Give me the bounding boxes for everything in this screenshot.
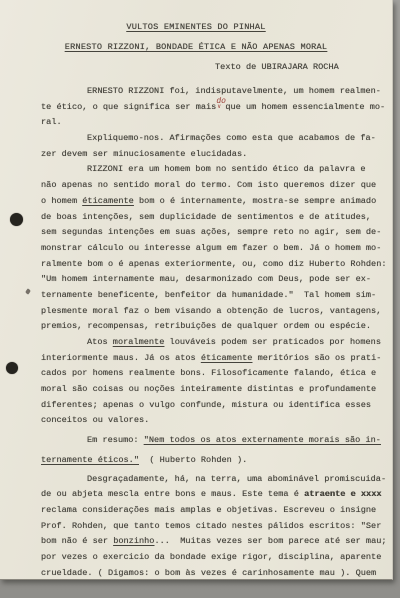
text-line: cados por homens realmente bons. Filosof…	[41, 366, 391, 382]
text-segment: conceitos ou valores.	[41, 415, 149, 425]
text-line: não apenas no sentido moral do termo. Co…	[41, 178, 391, 194]
text-segment: éticamente	[201, 353, 253, 363]
text-segment: ... Muitas vezes ser bom parece até ser …	[154, 536, 386, 546]
text-segment: louváveis podem ser praticados por homen…	[164, 337, 381, 347]
text-line: Prof. Rohden, que tanto temos citado nes…	[41, 519, 391, 535]
text-line: sem segundas intenções em suas ações, se…	[41, 225, 391, 241]
text-segment: Em resumo:	[87, 435, 144, 445]
text-line: o homem éticamente bom o é internamente,…	[41, 194, 391, 210]
text-line: ternamente éticos." ( Huberto Rohden ).	[41, 453, 391, 469]
byline: Texto de UBIRAJARA ROCHA	[41, 62, 391, 78]
handwritten-insertion: do	[216, 94, 225, 110]
document-body: Texto de UBIRAJARA ROCHA ERNESTO RIZZONI…	[41, 62, 391, 581]
text-segment: ERNESTO RIZZONI foi, indisputavelmente, …	[87, 86, 381, 96]
text-line: Expliquemo-nos. Afirmações como esta que…	[41, 131, 391, 147]
text-line: RIZZONI era um homem bom no sentido étic…	[41, 162, 391, 178]
text-line: Atos moralmente louváveis podem ser prat…	[41, 335, 391, 351]
text-line: Desgraçadamente, há, na terra, uma abomi…	[41, 472, 391, 488]
text-segment: xxxx	[361, 489, 382, 499]
text-line: "Um homem internamente mau, desarmonizad…	[41, 272, 391, 288]
text-segment: ternamente éticos."	[41, 455, 139, 465]
ink-speck	[25, 288, 31, 294]
text-line: conceitos ou valores.	[41, 413, 391, 429]
text-segment: premios, recompensas, retribuições de qu…	[41, 321, 371, 331]
text-line: Em resumo: "Nem todos os atos externamen…	[41, 433, 391, 449]
text-segment: te ético, o que significa ser mais	[41, 102, 216, 112]
text-line: ralmente bom o é apenas exteriormente, o…	[41, 257, 391, 273]
text-segment: plesmente moral faz o bem visando a obte…	[41, 306, 381, 316]
text-segment: ternamente beneficente, benfeitor da hum…	[41, 290, 376, 300]
document-header: VULTOS EMINENTES DO PINHAL ERNESTO RIZZO…	[0, 22, 392, 62]
text-line: monstrar cálculo ou interesse algum em f…	[41, 241, 391, 257]
text-segment: Atos	[87, 337, 113, 347]
text-segment: bom o é internamente, mostra-se sempre a…	[134, 196, 376, 206]
text-segment: cados por homens realmente bons. Filosof…	[41, 368, 376, 378]
page-title-text: VULTOS EMINENTES DO PINHAL	[126, 22, 265, 32]
text-line: crueldade. ( Digamos: o bom às vezes é c…	[41, 566, 391, 582]
text-line: bom não é ser bonzinho... Muitas vezes s…	[41, 534, 391, 550]
punch-hole-dot-top	[10, 213, 23, 226]
text-line: premios, recompensas, retribuições de qu…	[41, 319, 391, 335]
text-line: plesmente moral faz o bem visando a obte…	[41, 304, 391, 320]
text-line: diferentes; apenas o vulgo confunde, mis…	[41, 398, 391, 414]
text-segment: zer devem ser minuciosamente elucidadas.	[41, 149, 247, 159]
text-segment: crueldade. ( Digamos: o bom às vezes é c…	[41, 568, 376, 578]
text-segment: RIZZONI era um homem bom no sentido étic…	[87, 164, 365, 174]
scanned-page-background: VULTOS EMINENTES DO PINHAL ERNESTO RIZZO…	[0, 0, 400, 598]
text-line: ternamente beneficente, benfeitor da hum…	[41, 288, 391, 304]
text-segment: interiormente maus. Já os atos	[41, 353, 201, 363]
text-segment: Prof. Rohden, que tanto temos citado nes…	[41, 521, 381, 531]
text-segment: sem segundas intenções em suas ações, se…	[41, 227, 381, 237]
text-segment: ralmente bom o é apenas exteriormente, o…	[41, 259, 387, 269]
text-line: zer devem ser minuciosamente elucidadas.	[41, 147, 391, 163]
text-segment: meritórios são os prati-	[252, 353, 381, 363]
text-segment: ( Huberto Rohden ).	[139, 455, 247, 465]
text-line: de boas intenções, sem duplicidade de se…	[41, 210, 391, 226]
page-subtitle-text: ERNESTO RIZZONI, BONDADE ÉTICA E NÃO APE…	[65, 42, 328, 52]
text-line: ral.	[41, 115, 391, 131]
page-title: VULTOS EMINENTES DO PINHAL	[0, 22, 392, 32]
text-segment: de ou abjeta mescla entre bons e maus. E…	[41, 489, 304, 499]
text-segment: "Um homem internamente mau, desarmonizad…	[41, 274, 371, 284]
text-line: de ou abjeta mescla entre bons e maus. E…	[41, 487, 391, 503]
text-segment: não apenas no sentido moral do termo. Co…	[41, 180, 376, 190]
text-segment: Desgraçadamente, há, na terra, uma abomi…	[87, 474, 386, 484]
text-segment: bom não é ser	[41, 536, 113, 546]
text-segment: diferentes; apenas o vulgo confunde, mis…	[41, 400, 371, 410]
text-segment: atraente e	[304, 489, 361, 499]
text-segment: que um homem essencialmente mo-	[225, 102, 385, 112]
text-segment: bonzinho	[113, 536, 154, 546]
text-segment: éticamente	[82, 196, 134, 206]
page-subtitle: ERNESTO RIZZONI, BONDADE ÉTICA E NÃO APE…	[0, 42, 392, 52]
text-segment: moral são coisas ou noções inteiramente …	[41, 384, 376, 394]
text-line: te ético, o que significa ser maisdoque …	[41, 100, 391, 116]
text-line: reclama considerações mais amplas e obje…	[41, 503, 391, 519]
text-line: por vezes o exercicio da bondade exige r…	[41, 550, 391, 566]
text-line: moral são coisas ou noções inteiramente …	[41, 382, 391, 398]
text-segment: moralmente	[113, 337, 165, 347]
text-segment: Expliquemo-nos. Afirmações como esta que…	[87, 133, 376, 143]
text-segment: por vezes o exercicio da bondade exige r…	[41, 552, 381, 562]
text-segment: de boas intenções, sem duplicidade de se…	[41, 212, 371, 222]
text-segment: reclama considerações mais amplas e obje…	[41, 505, 376, 515]
text-segment: "Nem todos os atos externamente morais s…	[144, 435, 381, 445]
text-segment: o homem	[41, 196, 82, 206]
text-segment: monstrar cálculo ou interesse algum em f…	[41, 243, 381, 253]
body-lines: ERNESTO RIZZONI foi, indisputavelmente, …	[41, 84, 391, 581]
text-line: interiormente maus. Já os atos éticament…	[41, 351, 391, 367]
text-segment: ral.	[41, 117, 62, 127]
punch-hole-dot-bottom	[6, 362, 18, 374]
paper-sheet: VULTOS EMINENTES DO PINHAL ERNESTO RIZZO…	[0, 0, 393, 580]
